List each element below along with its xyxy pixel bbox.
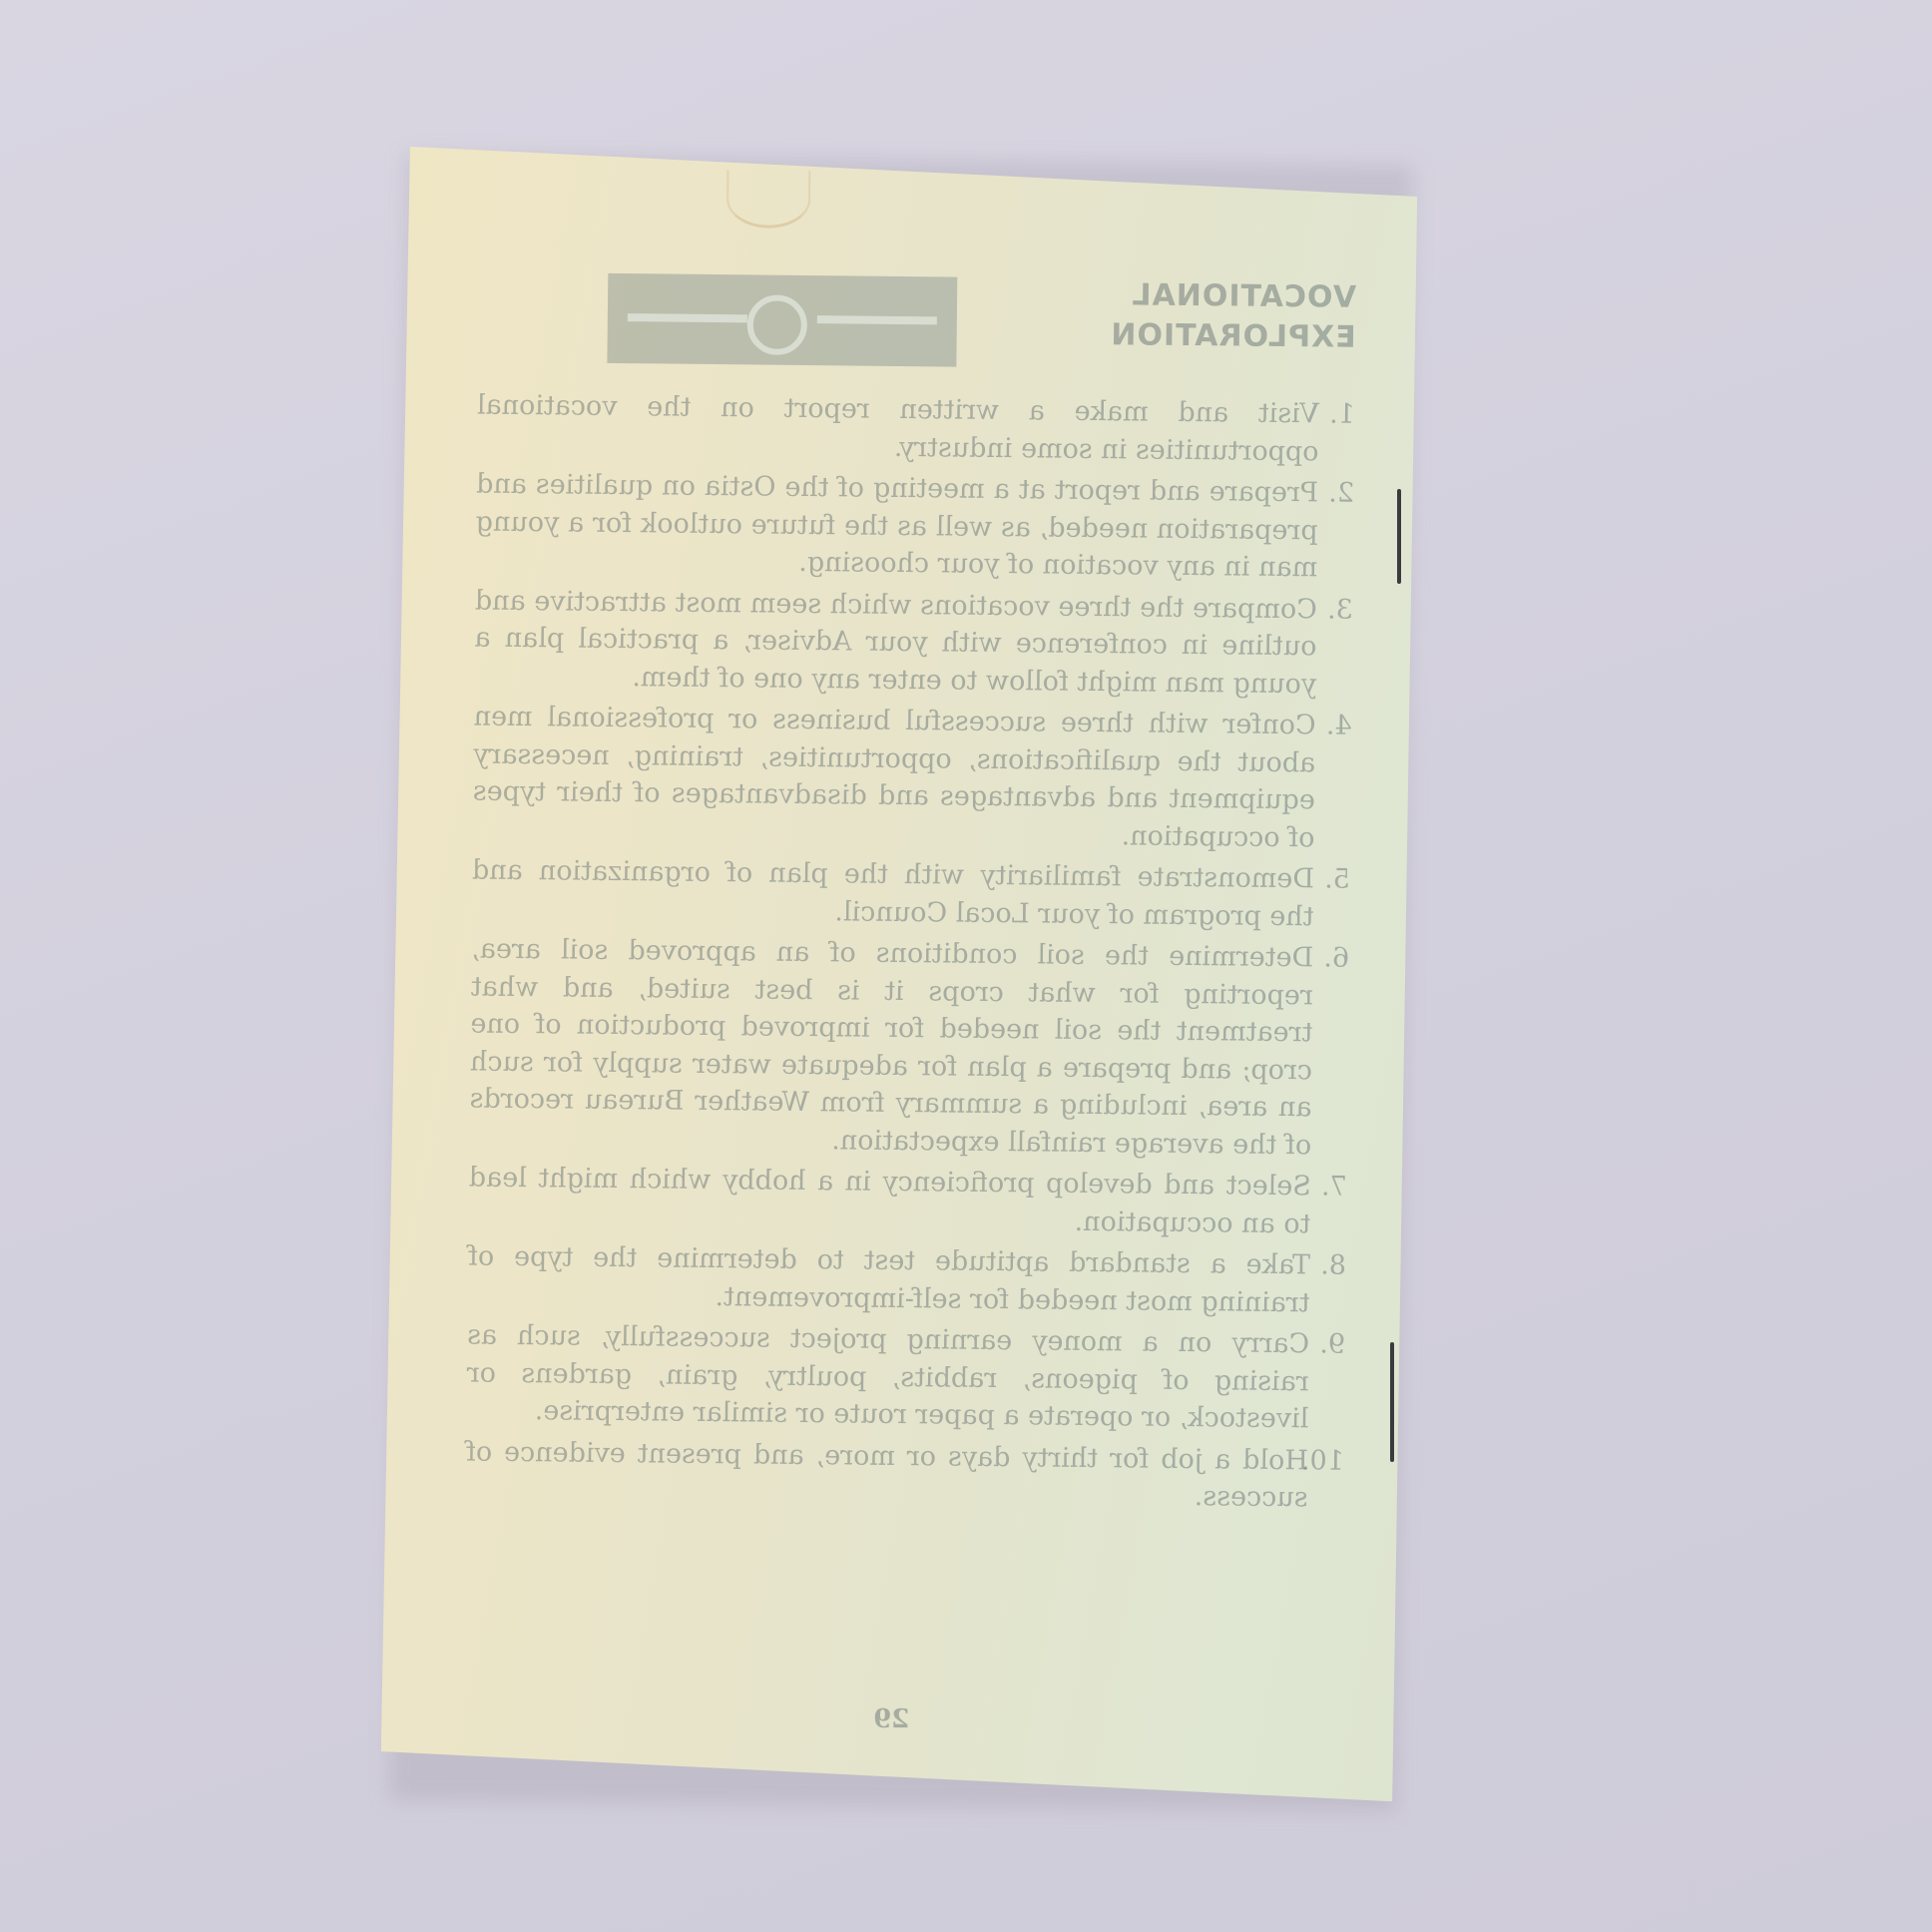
- show-through-content: VOCATIONAL EXPLORATION 1.Visit and make …: [380, 147, 1417, 1802]
- merit-badge-emblem-icon: [607, 273, 957, 367]
- staple-mark: [1390, 1342, 1394, 1462]
- list-item: 4.Confer with three successful business …: [472, 699, 1352, 857]
- list-item: 5.Demonstrate familiarity with the plan …: [471, 852, 1350, 936]
- header-line-1: VOCATIONAL: [1111, 275, 1357, 318]
- header-line-2: EXPLORATION: [1110, 315, 1356, 358]
- booklet-page: VOCATIONAL EXPLORATION 1.Visit and make …: [380, 147, 1417, 1802]
- list-item: 7.Select and develop proficiency in a ho…: [468, 1159, 1347, 1242]
- section-header: VOCATIONAL EXPLORATION: [1110, 275, 1356, 358]
- list-item: 2.Prepare and report at a meeting of the…: [475, 466, 1354, 588]
- list-item: 1.Visit and make a written report on the…: [476, 387, 1355, 471]
- list-item: 6.Determine the soil conditions of an ap…: [469, 931, 1349, 1165]
- list-item: 10.Hold a job for thirty days or more, a…: [465, 1433, 1344, 1517]
- list-item: 8.Take a standard aptitude test to deter…: [467, 1237, 1346, 1321]
- requirements-list: 1.Visit and make a written report on the…: [465, 387, 1355, 1522]
- staple-mark: [1397, 489, 1401, 584]
- page-number: 29: [381, 1699, 1401, 1740]
- list-item: 9.Carry on a money earning project succe…: [466, 1316, 1345, 1438]
- list-item: 3.Compare the three vocations which seem…: [474, 582, 1353, 704]
